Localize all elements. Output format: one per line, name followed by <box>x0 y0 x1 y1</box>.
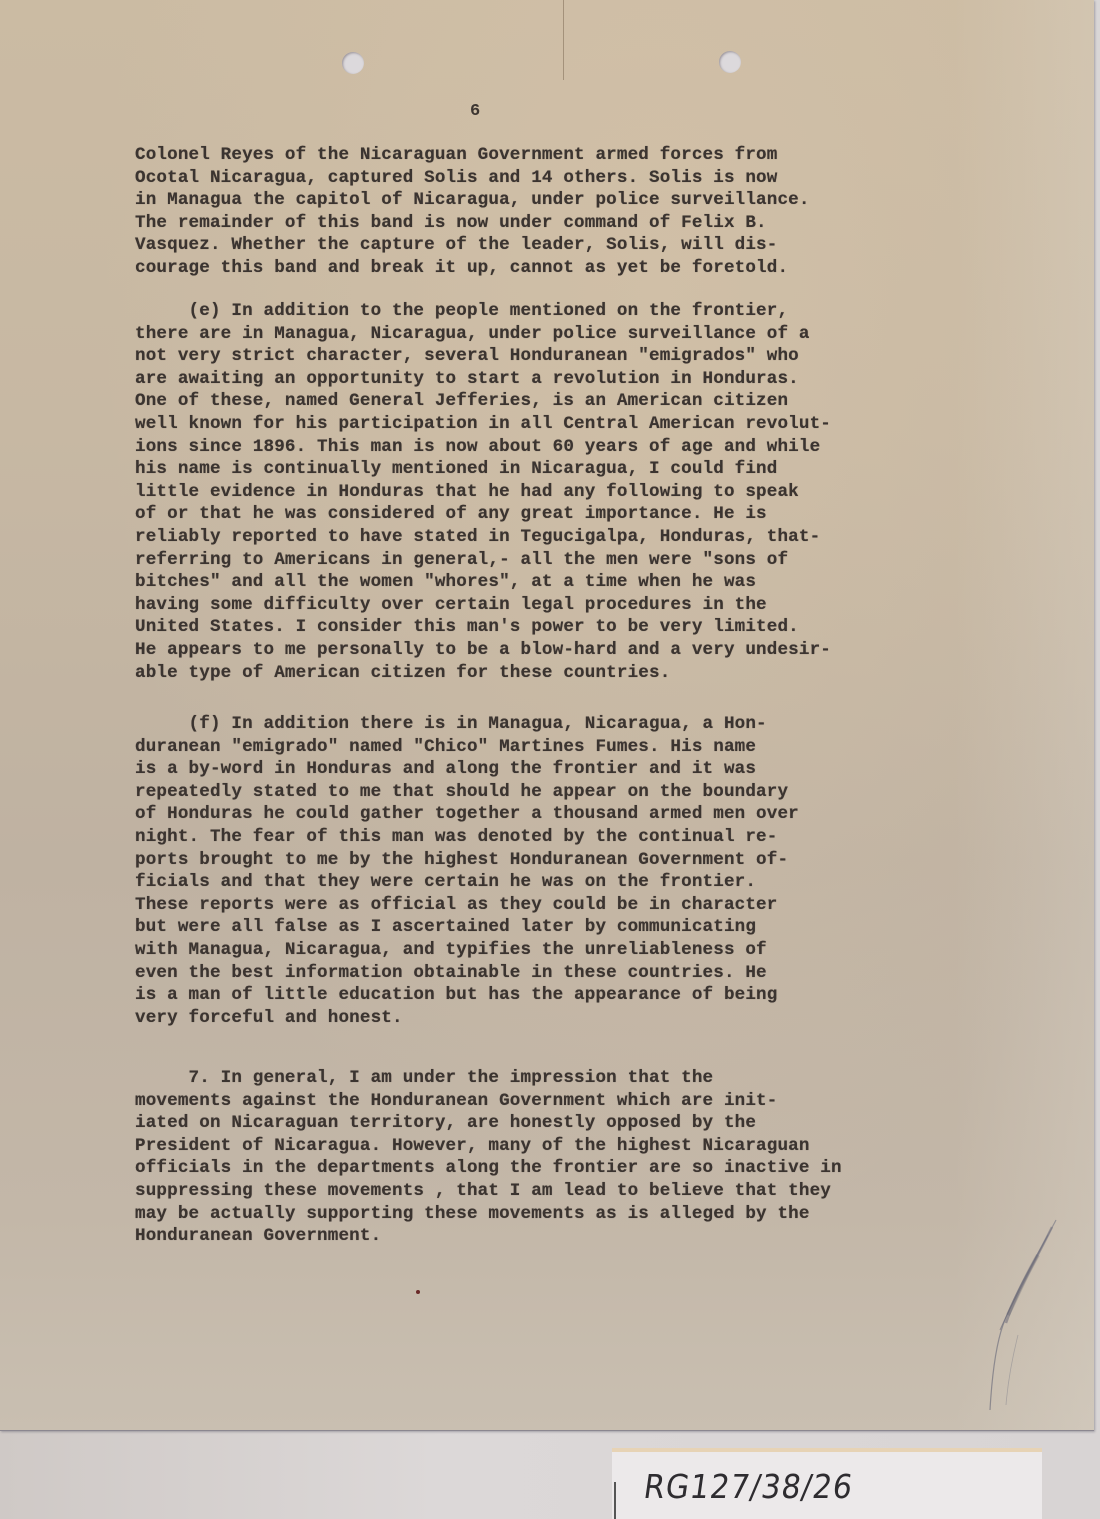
archive-reference: RG127/38/26 <box>641 1468 855 1507</box>
text-line: able type of American citizen for these … <box>135 662 831 685</box>
text-line: He appears to me personally to be a blow… <box>135 639 831 662</box>
archive-label: RG127/38/26 <box>612 1448 1042 1519</box>
text-line: well known for his participation in all … <box>135 413 831 436</box>
text-line: of or that he was considered of any grea… <box>135 503 831 526</box>
text-line: night. The fear of this man was denoted … <box>135 826 799 849</box>
text-line: with Managua, Nicaragua, and typifies th… <box>135 939 799 962</box>
text-line: iated on Nicaraguan territory, are hones… <box>135 1112 842 1135</box>
paper-crease <box>563 0 564 80</box>
text-line: Ocotal Nicaragua, captured Solis and 14 … <box>135 167 810 190</box>
text-line: reliably reported to have stated in Tegu… <box>135 526 831 549</box>
text-line: bitches" and all the women "whores", at … <box>135 571 831 594</box>
text-line: repeatedly stated to me that should he a… <box>135 781 799 804</box>
text-line: having some difficulty over certain lega… <box>135 594 831 617</box>
text-line: ficials and that they were certain he wa… <box>135 871 799 894</box>
text-line: ports brought to me by the highest Hondu… <box>135 849 799 872</box>
text-line: but were all false as I ascertained late… <box>135 916 799 939</box>
punch-hole-left <box>342 52 364 74</box>
text-line: very forceful and honest. <box>135 1007 799 1030</box>
text-line: suppressing these movements , that I am … <box>135 1180 842 1203</box>
text-line: ions since 1896. This man is now about 6… <box>135 436 831 459</box>
text-line: even the best information obtainable in … <box>135 962 799 985</box>
text-line: is a by-word in Honduras and along the f… <box>135 758 799 781</box>
page-number: 6 <box>470 102 480 121</box>
text-line: are awaiting an opportunity to start a r… <box>135 368 831 391</box>
text-line: referring to Americans in general,- all … <box>135 549 831 572</box>
text-line: Honduranean Government. <box>135 1225 842 1248</box>
text-line: 7. In general, I am under the impression… <box>135 1067 842 1090</box>
text-line: These reports were as official as they c… <box>135 894 799 917</box>
text-line: One of these, named General Jefferies, i… <box>135 390 831 413</box>
typewritten-page: 6 Colonel Reyes of the Nicaraguan Govern… <box>0 0 1094 1431</box>
ink-spot <box>416 1290 420 1294</box>
paragraph-continuation: Colonel Reyes of the Nicaraguan Governme… <box>135 144 810 280</box>
text-line: not very strict character, several Hondu… <box>135 345 831 368</box>
text-line: The remainder of this band is now under … <box>135 212 810 235</box>
text-line: his name is continually mentioned in Nic… <box>135 458 831 481</box>
paragraph-item-7: 7. In general, I am under the impression… <box>135 1067 842 1248</box>
text-line: there are in Managua, Nicaragua, under p… <box>135 323 831 346</box>
text-line: (e) In addition to the people mentioned … <box>135 300 831 323</box>
punch-hole-right <box>719 51 741 73</box>
text-line: officials in the departments along the f… <box>135 1157 842 1180</box>
text-line: Colonel Reyes of the Nicaraguan Governme… <box>135 144 810 167</box>
text-line: is a man of little education but has the… <box>135 984 799 1007</box>
text-line: (f) In addition there is in Managua, Nic… <box>135 713 799 736</box>
label-edge-mark <box>614 1482 616 1519</box>
text-line: United States. I consider this man's pow… <box>135 616 831 639</box>
pencil-smudge <box>978 1215 1058 1415</box>
text-line: President of Nicaragua. However, many of… <box>135 1135 842 1158</box>
text-line: duranean "emigrado" named "Chico" Martin… <box>135 736 799 759</box>
text-line: little evidence in Honduras that he had … <box>135 481 831 504</box>
paragraph-item-f: (f) In addition there is in Managua, Nic… <box>135 713 799 1029</box>
text-line: movements against the Honduranean Govern… <box>135 1090 842 1113</box>
text-line: Vasquez. Whether the capture of the lead… <box>135 234 810 257</box>
text-line: courage this band and break it up, canno… <box>135 257 810 280</box>
paragraph-item-e: (e) In addition to the people mentioned … <box>135 300 831 684</box>
text-line: may be actually supporting these movemen… <box>135 1203 842 1226</box>
text-line: in Managua the capitol of Nicaragua, und… <box>135 189 810 212</box>
text-line: of Honduras he could gather together a t… <box>135 803 799 826</box>
